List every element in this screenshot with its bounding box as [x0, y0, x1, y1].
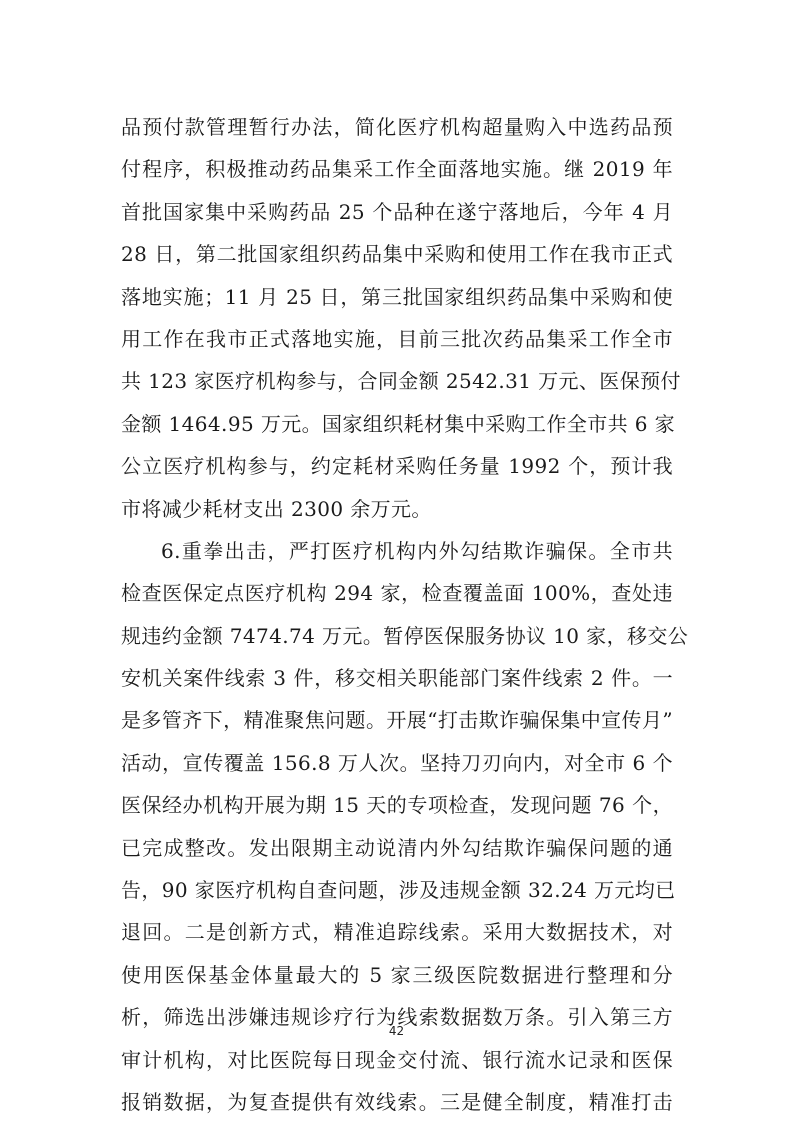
paragraph-drug-procurement: 品预付款管理暂行办法，简化医疗机构超量购入中选药品预 付程序，积极推动药品集采工… — [121, 106, 673, 530]
text-line: 落地实施；11 月 25 日，第三批国家组织药品集中采购和使 — [121, 276, 673, 318]
text-line: 用工作在我市正式落地实施，目前三批次药品集采工作全市 — [121, 318, 673, 360]
text-line: 规违约金额 7474.74 万元。暂停医保服务协议 10 家，移交公 — [121, 615, 673, 657]
text-line: 28 日，第二批国家组织药品集中采购和使用工作在我市正式 — [121, 233, 673, 275]
text-line: 市将减少耗材支出 2300 余万元。 — [121, 488, 673, 530]
body-text: 品预付款管理暂行办法，简化医疗机构超量购入中选药品预 付程序，积极推动药品集采工… — [121, 106, 673, 1122]
text-line: 安机关案件线索 3 件，移交相关职能部门案件线索 2 件。一 — [121, 657, 673, 699]
document-page: 品预付款管理暂行办法，简化医疗机构超量购入中选药品预 付程序，积极推动药品集采工… — [0, 0, 793, 1122]
text-line: 检查医保定点医疗机构 294 家，检查覆盖面 100%，查处违 — [121, 572, 673, 614]
text-line: 医保经办机构开展为期 15 天的专项检查，发现问题 76 个， — [121, 784, 673, 826]
text-line: 退回。二是创新方式，精准追踪线索。采用大数据技术，对 — [121, 911, 673, 953]
text-line: 付程序，积极推动药品集采工作全面落地实施。继 2019 年 — [121, 148, 673, 190]
text-line: 6.重拳出击，严打医疗机构内外勾结欺诈骗保。全市共 — [121, 530, 673, 572]
text-line: 使用医保基金体量最大的 5 家三级医院数据进行整理和分 — [121, 954, 673, 996]
text-line: 首批国家集中采购药品 25 个品种在遂宁落地后，今年 4 月 — [121, 191, 673, 233]
text-line: 告，90 家医疗机构自查问题，涉及违规金额 32.24 万元均已 — [121, 869, 673, 911]
text-line: 公立医疗机构参与，约定耗材采购任务量 1992 个，预计我 — [121, 445, 673, 487]
page-number: 42 — [0, 1024, 793, 1038]
text-line: 是多管齐下，精准聚焦问题。开展“打击欺诈骗保集中宣传月” — [121, 699, 673, 741]
text-line: 报销数据，为复查提供有效线索。三是健全制度，精准打击 — [121, 1081, 673, 1122]
text-line: 审计机构，对比医院每日现金交付流、银行流水记录和医保 — [121, 1039, 673, 1081]
text-line: 金额 1464.95 万元。国家组织耗材集中采购工作全市共 6 家 — [121, 403, 673, 445]
text-line: 共 123 家医疗机构参与，合同金额 2542.31 万元、医保预付 — [121, 360, 673, 402]
text-line: 品预付款管理暂行办法，简化医疗机构超量购入中选药品预 — [121, 106, 673, 148]
text-line: 活动，宣传覆盖 156.8 万人次。坚持刀刃向内，对全市 6 个 — [121, 742, 673, 784]
text-line: 已完成整改。发出限期主动说清内外勾结欺诈骗保问题的通 — [121, 827, 673, 869]
